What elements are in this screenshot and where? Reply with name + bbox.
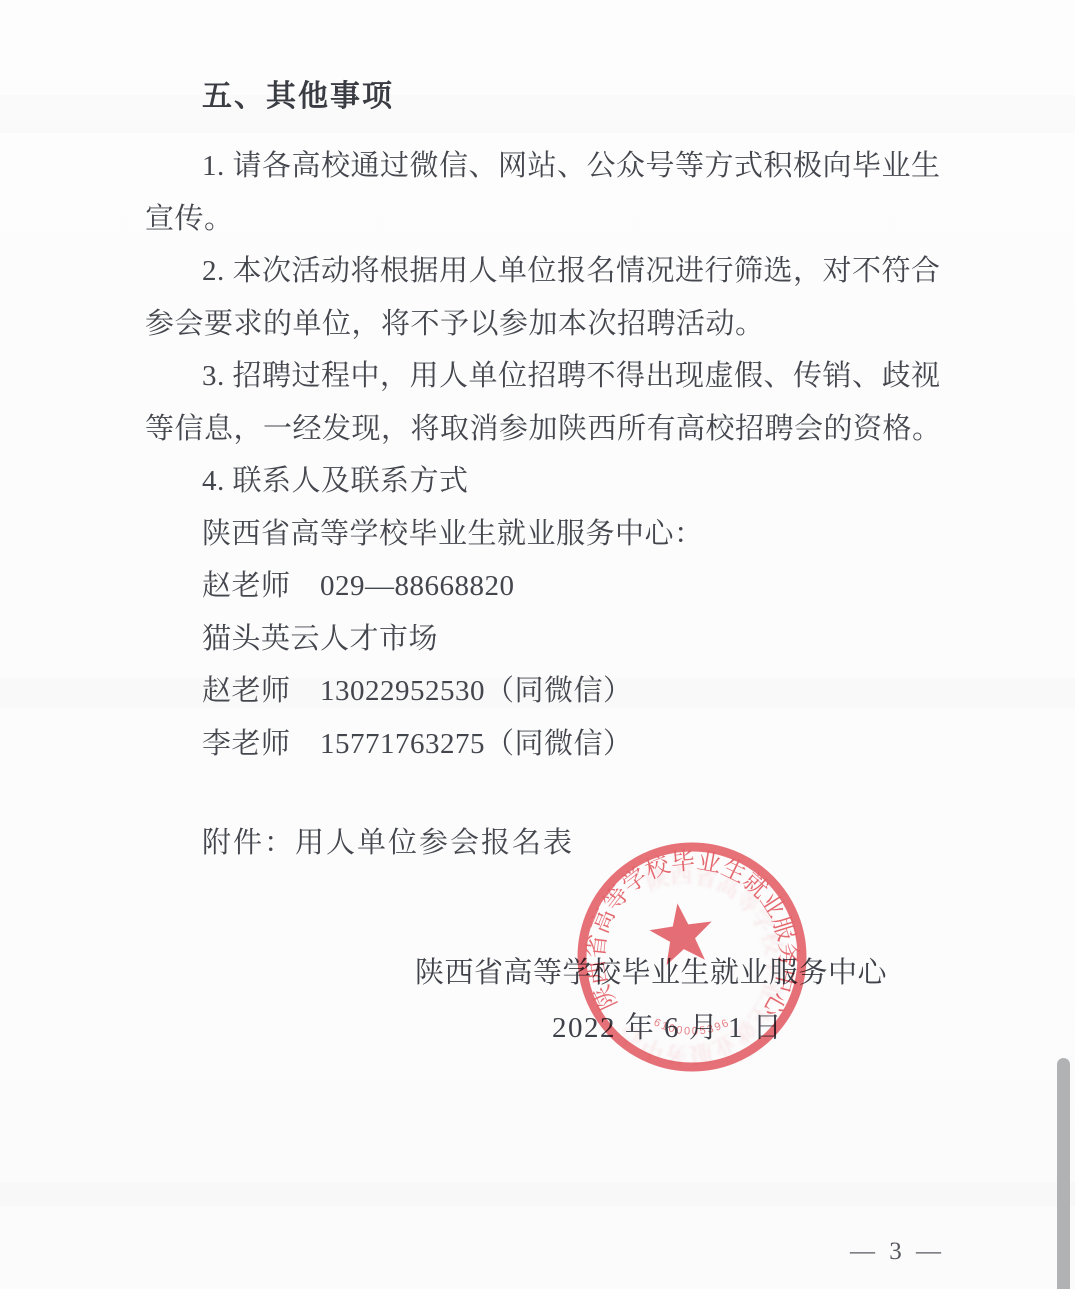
paragraph-line: 3. 招聘过程中，用人单位招聘不得出现虚假、传销、歧视 xyxy=(145,350,963,403)
seal-ring-text: 陕西省高等学校毕业生就业服务中心 xyxy=(582,847,801,1022)
contact-org-line: 猫头英云人才市场 xyxy=(145,613,963,666)
paragraph-line: 1. 请各高校通过微信、网站、公众号等方式积极向毕业生 xyxy=(145,140,963,193)
document-body: 五、其他事项 1. 请各高校通过微信、网站、公众号等方式积极向毕业生 宣传。 2… xyxy=(145,76,963,770)
contact-org-line: 陕西省高等学校毕业生就业服务中心： xyxy=(145,508,963,561)
contact-phone-line: 李老师 15771763275（同微信） xyxy=(145,718,963,771)
paragraph-line: 宣传。 xyxy=(145,193,963,246)
page-number: — 3 — xyxy=(850,1238,941,1266)
contact-phone-line: 赵老师 029—88668820 xyxy=(145,560,963,613)
document-date: 2022 年 6 月 1 日 xyxy=(552,1005,783,1046)
scrollbar-thumb[interactable] xyxy=(1057,1058,1070,1289)
section-heading: 五、其他事项 xyxy=(145,76,963,118)
paragraph-line: 参会要求的单位，将不予以参加本次招聘活动。 xyxy=(145,298,963,351)
signature-org-name: 陕西省高等学校毕业生就业服务中心 xyxy=(415,950,887,991)
document-page: 五、其他事项 1. 请各高校通过微信、网站、公众号等方式积极向毕业生 宣传。 2… xyxy=(0,0,1075,1289)
paragraph-line: 等信息，一经发现，将取消参加陕西所有高校招聘会的资格。 xyxy=(145,403,963,456)
attachment-note: 附件：用人单位参会报名表 xyxy=(202,820,574,861)
scan-artifact-band xyxy=(0,1182,1075,1206)
contact-phone-line: 赵老师 13022952530（同微信） xyxy=(145,665,963,718)
paragraph-line: 4. 联系人及联系方式 xyxy=(145,455,963,508)
paragraph-line: 2. 本次活动将根据用人单位报名情况进行筛选，对不符合 xyxy=(145,245,963,298)
